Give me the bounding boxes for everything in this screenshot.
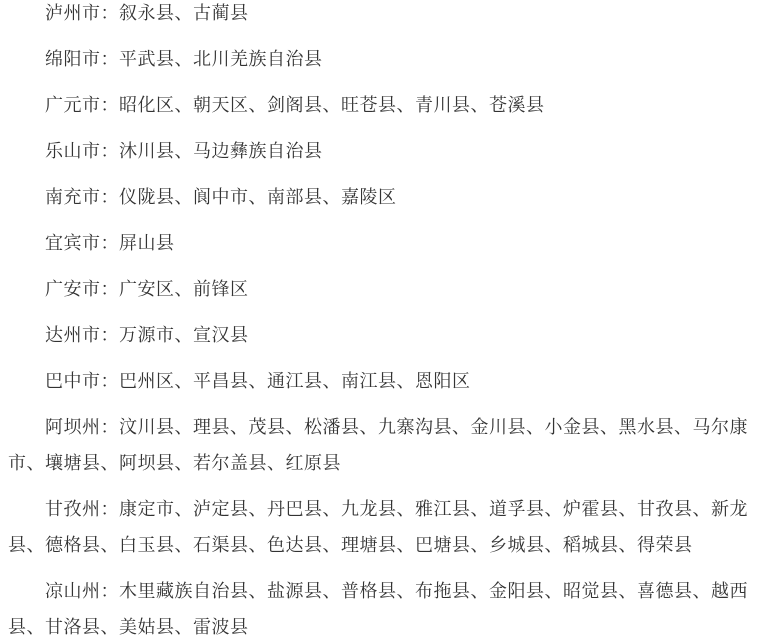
county-list: 万源市、宣汉县 bbox=[119, 325, 249, 346]
paragraph-dazhou: 达州市：万源市、宣汉县 bbox=[8, 308, 758, 354]
separator: ： bbox=[101, 581, 120, 602]
county-list: 屏山县 bbox=[119, 233, 175, 254]
separator: ： bbox=[101, 499, 120, 520]
county-list: 木里藏族自治县、盐源县、普格县、布拖县、金阳县、昭觉县、喜德县、越西县、甘洛县、… bbox=[8, 581, 748, 638]
county-list: 昭化区、朝天区、剑阁县、旺苍县、青川县、苍溪县 bbox=[119, 95, 545, 116]
region-name: 广元市 bbox=[45, 95, 101, 116]
region-name: 绵阳市 bbox=[45, 49, 101, 70]
county-list: 汶川县、理县、茂县、松潘县、九寨沟县、金川县、小金县、黑水县、马尔康市、壤塘县、… bbox=[8, 417, 748, 474]
region-name: 泸州市 bbox=[45, 3, 101, 24]
region-name: 凉山州 bbox=[45, 581, 101, 602]
separator: ： bbox=[101, 371, 120, 392]
region-name: 巴中市 bbox=[45, 371, 101, 392]
separator: ： bbox=[101, 233, 120, 254]
county-list: 沐川县、马边彝族自治县 bbox=[119, 141, 323, 162]
separator: ： bbox=[101, 49, 120, 70]
county-list: 广安区、前锋区 bbox=[119, 279, 249, 300]
region-name: 阿坝州 bbox=[45, 417, 101, 438]
separator: ： bbox=[101, 3, 120, 24]
separator: ： bbox=[101, 417, 120, 438]
region-name: 甘孜州 bbox=[45, 499, 101, 520]
region-name: 宜宾市 bbox=[45, 233, 101, 254]
paragraph-aba: 阿坝州：汶川县、理县、茂县、松潘县、九寨沟县、金川县、小金县、黑水县、马尔康市、… bbox=[8, 400, 758, 482]
separator: ： bbox=[101, 187, 120, 208]
paragraph-liangshan: 凉山州：木里藏族自治县、盐源县、普格县、布拖县、金阳县、昭觉县、喜德县、越西县、… bbox=[8, 564, 758, 643]
document-body: 泸州市：叙永县、古蔺县 绵阳市：平武县、北川羌族自治县 广元市：昭化区、朝天区、… bbox=[8, 0, 758, 643]
region-name: 乐山市 bbox=[45, 141, 101, 162]
paragraph-guangan: 广安市：广安区、前锋区 bbox=[8, 262, 758, 308]
paragraph-luzhou: 泸州市：叙永县、古蔺县 bbox=[8, 0, 758, 32]
separator: ： bbox=[101, 95, 120, 116]
paragraph-ganzi: 甘孜州：康定市、泸定县、丹巴县、九龙县、雅江县、道孚县、炉霍县、甘孜县、新龙县、… bbox=[8, 482, 758, 564]
region-name: 广安市 bbox=[45, 279, 101, 300]
paragraph-mianyang: 绵阳市：平武县、北川羌族自治县 bbox=[8, 32, 758, 78]
county-list: 仪陇县、阆中市、南部县、嘉陵区 bbox=[119, 187, 397, 208]
county-list: 巴州区、平昌县、通江县、南江县、恩阳区 bbox=[119, 371, 471, 392]
paragraph-leshan: 乐山市：沐川县、马边彝族自治县 bbox=[8, 124, 758, 170]
region-name: 达州市 bbox=[45, 325, 101, 346]
county-list: 平武县、北川羌族自治县 bbox=[119, 49, 323, 70]
separator: ： bbox=[101, 325, 120, 346]
paragraph-nanchong: 南充市：仪陇县、阆中市、南部县、嘉陵区 bbox=[8, 170, 758, 216]
separator: ： bbox=[101, 141, 120, 162]
paragraph-guangyuan: 广元市：昭化区、朝天区、剑阁县、旺苍县、青川县、苍溪县 bbox=[8, 78, 758, 124]
county-list: 叙永县、古蔺县 bbox=[119, 3, 249, 24]
county-list: 康定市、泸定县、丹巴县、九龙县、雅江县、道孚县、炉霍县、甘孜县、新龙县、德格县、… bbox=[8, 499, 748, 556]
paragraph-bazhong: 巴中市：巴州区、平昌县、通江县、南江县、恩阳区 bbox=[8, 354, 758, 400]
paragraph-yibin: 宜宾市：屏山县 bbox=[8, 216, 758, 262]
region-name: 南充市 bbox=[45, 187, 101, 208]
separator: ： bbox=[101, 279, 120, 300]
